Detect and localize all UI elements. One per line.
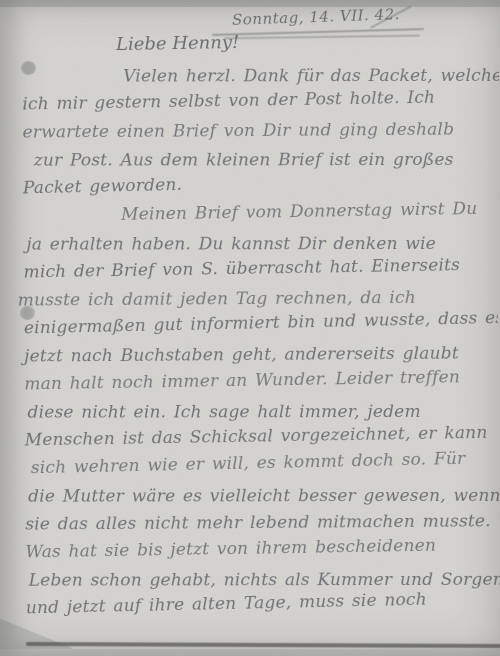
scanned-letter-page: Sonntag, 14. VII. 42. Liebe Henny! Viele…: [0, 0, 500, 656]
date-underline-stroke: [224, 35, 420, 40]
letter-salutation: Liebe Henny!: [116, 32, 240, 55]
scan-bottom-edge: [0, 649, 500, 656]
letter-line: die Mutter wäre es vielleicht besser gew…: [14, 482, 500, 511]
paper-bottom-edge-line: [26, 642, 500, 648]
letter-body: Vielen herzl. Dank für das Packet, welch…: [8, 59, 500, 622]
scan-top-edge: [0, 0, 500, 7]
letter-line: erwartete einen Brief von Dir und ging d…: [8, 115, 496, 146]
